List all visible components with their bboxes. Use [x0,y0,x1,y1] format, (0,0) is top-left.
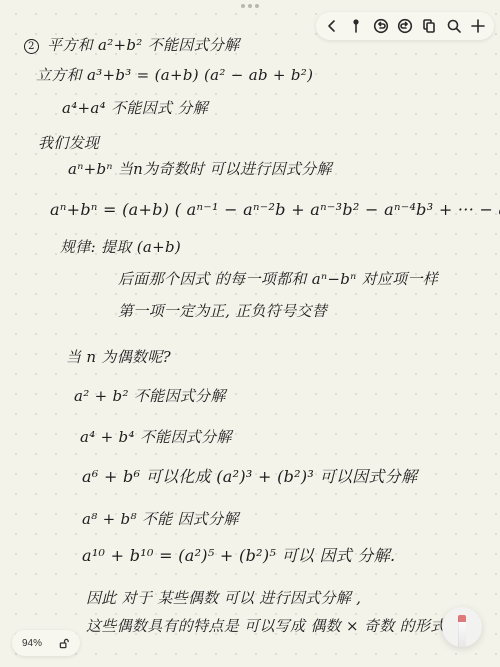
note-line-even-8: a⁸ + b⁸ 不能 因式分解 [82,508,239,529]
pin-button[interactable] [345,15,367,37]
note-line-rule-detail-1: 后面那个因式 的每一项都和 aⁿ−bⁿ 对应项一样 [118,268,438,289]
window-grabber-dots[interactable] [241,4,259,8]
dot [255,4,259,8]
pencil-icon [458,615,466,647]
dot [241,4,245,8]
note-line-conclusion-2: 这些偶数具有的特点是 可以写成 偶数 × 奇数 的形式 [86,615,446,636]
dot [248,4,252,8]
undo-button[interactable] [370,15,392,37]
note-line-even-2: a² + b² 不能因式分解 [74,385,226,406]
search-icon [446,18,462,34]
note-line-heading: 2平方和 a²+b² 不能因式分解 [24,34,239,55]
note-line-even-6: a⁶ + b⁶ 可以化成 (a²)³ + (b²)³ 可以因式分解 [82,464,417,487]
add-icon [470,18,486,34]
note-line-even-10: a¹⁰ + b¹⁰ = (a²)⁵ + (b²)⁵ 可以 因式 分解. [82,543,395,566]
redo-button[interactable] [394,15,416,37]
back-button[interactable] [321,15,343,37]
undo-icon [373,18,389,34]
note-text: 平方和 a²+b² 不能因式分解 [47,36,239,54]
note-line-fourth-power: a⁴+a⁴ 不能因式 分解 [62,97,208,118]
zoom-lock-control[interactable]: 94% [12,630,80,656]
note-line-cubes: 立方和 a³+b³ = (a+b) (a² − ab + b²) [36,64,313,85]
pages-button[interactable] [418,15,440,37]
redo-icon [397,18,413,34]
note-line-general-formula: aⁿ+bⁿ = (a+b) ( aⁿ⁻¹ − aⁿ⁻²b + aⁿ⁻³b² − … [50,200,500,219]
note-line-we-found: 我们发现 [38,132,99,153]
note-line-conclusion-1: 因此 对于 某些偶数 可以 进行因式分解 , [86,587,361,608]
unlock-icon[interactable] [59,638,70,649]
pages-icon [421,18,437,34]
top-toolbar [316,12,494,40]
note-line-even-4: a⁴ + b⁴ 不能因式分解 [80,426,232,447]
note-line-rule-detail-2: 第一项一定为正, 正负符号交替 [118,300,327,321]
pin-icon [348,18,364,34]
note-line-odd-n: aⁿ+bⁿ 当n为奇数时 可以进行因式分解 [68,158,332,179]
pen-tool-button[interactable] [442,607,482,647]
note-line-even-n-question: 当 n 为偶数呢? [66,346,171,367]
add-button[interactable] [467,15,489,37]
back-icon [324,18,340,34]
search-button[interactable] [443,15,465,37]
circled-number: 2 [24,39,39,54]
zoom-level[interactable]: 94% [22,638,42,649]
note-line-rule: 规律: 提取 (a+b) [60,236,181,257]
